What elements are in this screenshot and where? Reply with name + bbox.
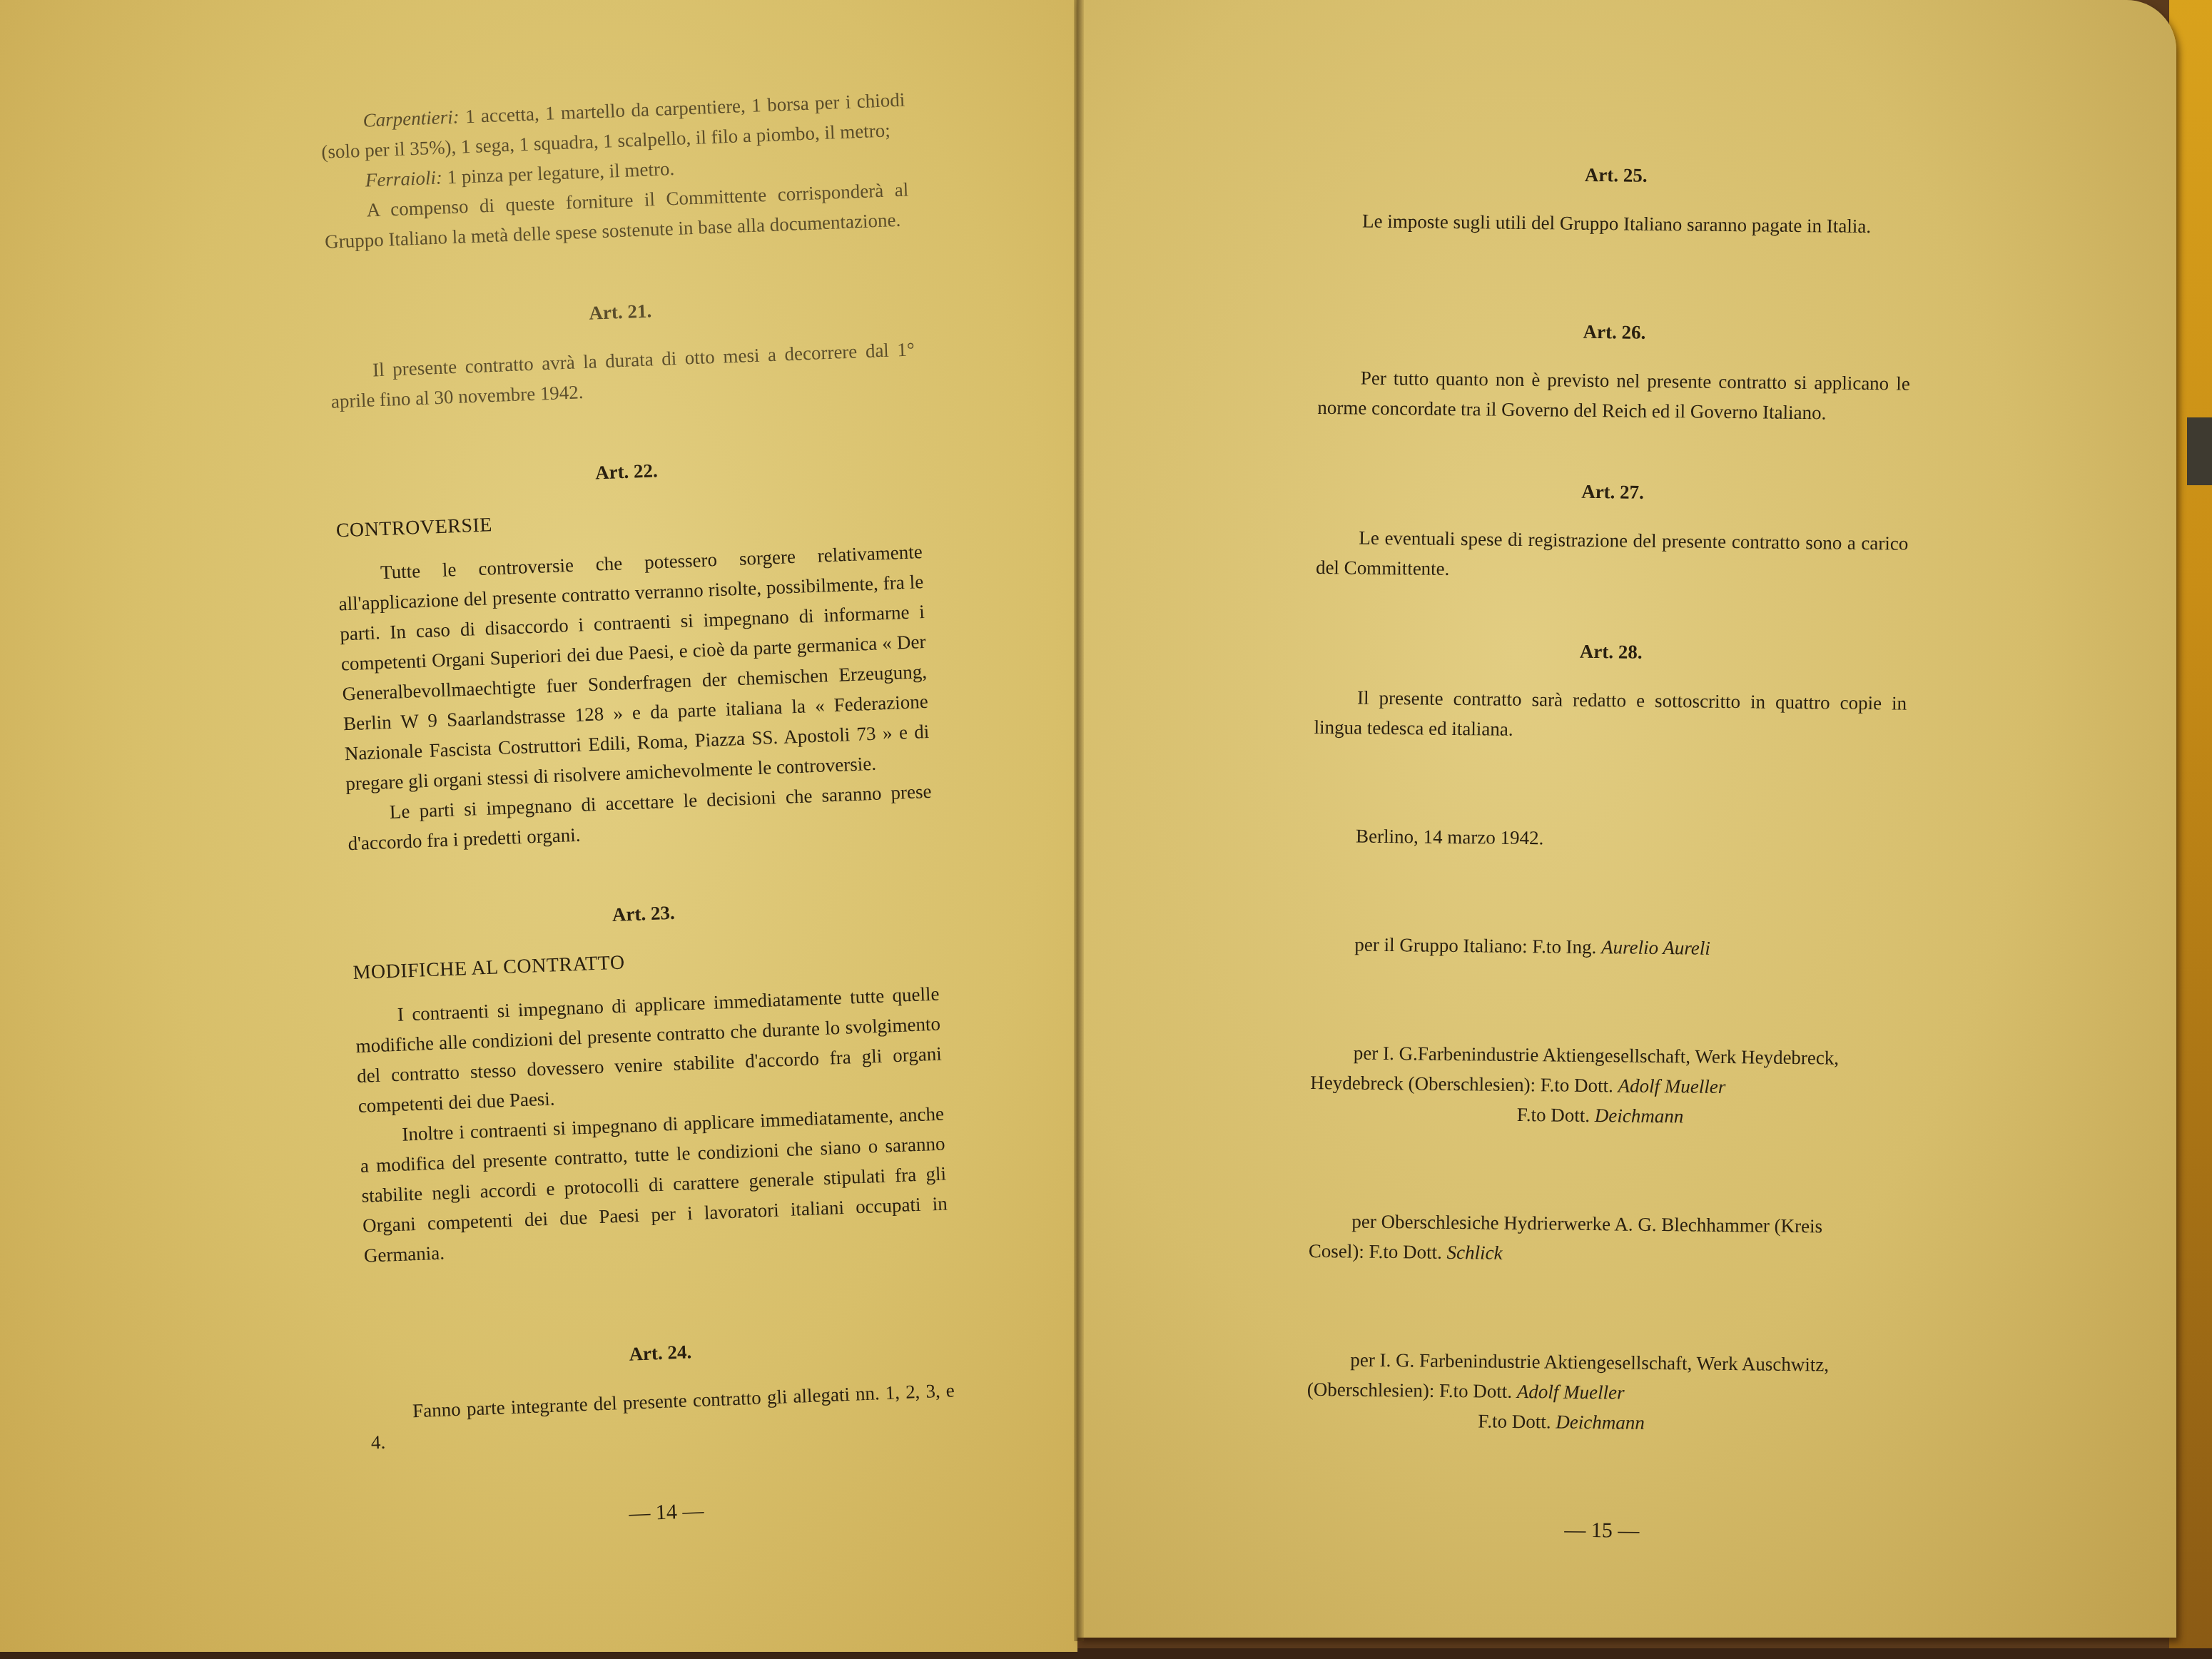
signature-line: (Oberschlesien): F.to Dott. Adolf Muelle… [1307,1374,1899,1411]
article-paragraph: Inoltre i contraenti si impegnano di app… [359,1098,949,1270]
book-gutter [1074,0,1084,1641]
signature-org: Heydebreck (Oberschlesien): F.to Dott. [1310,1072,1613,1096]
left-page: Carpentieri: 1 accetta, 1 martello da ca… [0,0,1077,1652]
carpentieri-label: Carpentieri: [362,106,460,131]
signature-org: Cosel): F.to Dott. [1309,1240,1442,1263]
signature-org: (Oberschlesien): F.to Dott. [1307,1379,1513,1402]
article-paragraph: Le imposte sugli utili del Gruppo Italia… [1319,206,1912,242]
signature-italian-group: per il Gruppo Italiano: F.to Ing. Aureli… [1312,929,1904,965]
signatory-name: Adolf Mueller [1517,1381,1625,1404]
right-page-text: Art. 25. Le imposte sugli utili del Grup… [1306,157,1912,1549]
page-number: — 15 — [1306,1513,1898,1549]
article-paragraph: Le eventuali spese di registrazione del … [1316,522,1909,589]
left-page-text: Carpentieri: 1 accetta, 1 martello da ca… [320,85,959,1539]
signature-line: Cosel): F.to Dott. Schlick [1309,1236,1901,1272]
signature-title: F.to Dott. [1478,1410,1551,1432]
signatory-name: Deichmann [1556,1411,1645,1434]
signatory-name: Deichmann [1595,1105,1684,1127]
article-paragraph: I contraenti si impegnano di applicare i… [354,979,943,1121]
article-paragraph: Il presente contratto sarà redatto e sot… [1314,682,1907,749]
signature-prefix: per il Gruppo Italiano: F.to Ing. [1354,934,1596,958]
place-date: Berlino, 14 marzo 1942. [1313,821,1905,857]
signatory-name: Aurelio Aureli [1601,936,1710,959]
signature-title: F.to Dott. [1517,1104,1590,1126]
signature-line: Heydebreck (Oberschlesien): F.to Dott. A… [1310,1067,1902,1104]
background-object [2187,417,2212,485]
ferraioli-label: Ferraioli: [365,166,442,191]
signatory-name: Adolf Mueller [1618,1075,1725,1097]
signatory-name: Schlick [1446,1242,1502,1264]
ferraioli-text: 1 pinza per legature, il metro. [447,158,675,188]
article-paragraph: Per tutto quanto non è previsto nel pres… [1317,362,1910,429]
continuation-block: Carpentieri: 1 accetta, 1 martello da ca… [320,85,910,257]
article-paragraph: Tutte le controversie che potessero sorg… [337,537,930,798]
